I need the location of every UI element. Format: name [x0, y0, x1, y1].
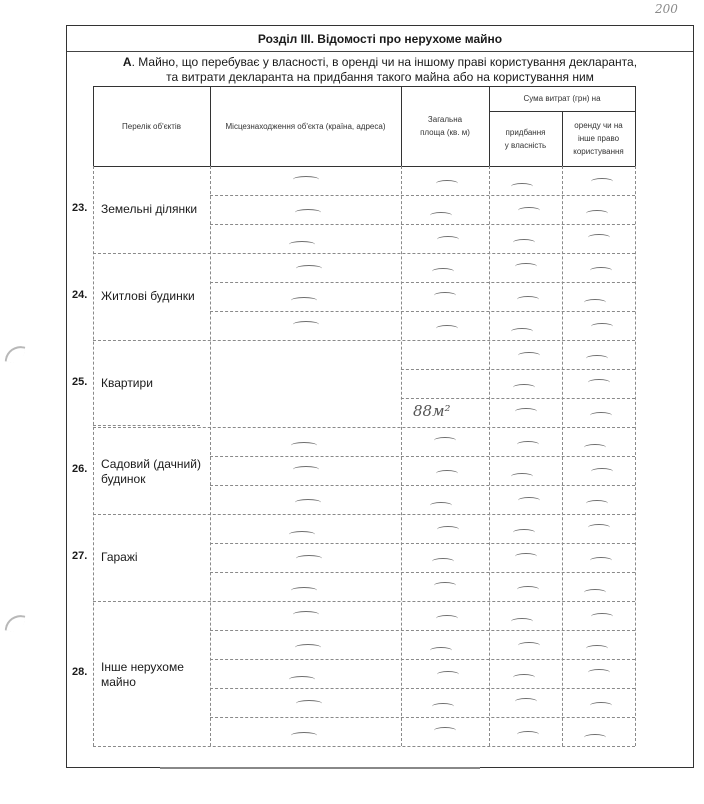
dash-mark	[515, 263, 537, 270]
row-label: Земельні ділянки	[101, 202, 209, 217]
header-column-divider	[489, 86, 490, 166]
dash-mark	[293, 611, 319, 618]
dash-mark	[511, 618, 533, 625]
dash-mark	[518, 642, 540, 649]
column-divider	[401, 166, 402, 746]
dash-mark	[584, 589, 606, 596]
scan-edge-shadow	[160, 767, 480, 769]
dash-mark	[588, 234, 610, 241]
dash-mark	[584, 734, 606, 741]
header-objects-text: Перелік об'єктів	[122, 120, 181, 133]
subrow-divider	[210, 543, 635, 544]
dash-mark	[591, 613, 613, 620]
subsection-text-line1: . Майно, що перебуває у власності, в оре…	[132, 55, 637, 69]
dash-mark	[590, 267, 612, 274]
dash-mark	[517, 441, 539, 448]
dash-mark	[517, 731, 539, 738]
dash-mark	[515, 698, 537, 705]
column-divider	[635, 166, 636, 746]
page-number: 200	[655, 2, 678, 16]
dash-mark	[584, 299, 606, 306]
dash-mark	[432, 268, 454, 275]
row-divider	[93, 514, 635, 515]
table-row: 24.Житлові будинки	[93, 253, 210, 340]
row-divider	[93, 427, 635, 428]
column-divider	[93, 166, 94, 746]
header-bottom-border	[93, 166, 635, 167]
dash-mark	[591, 468, 613, 475]
dash-mark	[436, 615, 458, 622]
section-title: Розділ III. Відомості про нерухоме майно	[67, 26, 693, 52]
dash-mark	[586, 355, 608, 362]
redacted-area	[200, 342, 399, 425]
header-column-divider	[93, 86, 94, 166]
dash-mark	[434, 437, 456, 444]
dash-mark	[430, 647, 452, 654]
row-number: 27.	[72, 550, 92, 562]
section-title-text: Розділ III. Відомості про нерухоме майно	[258, 32, 502, 46]
header-rent-text: оренду чи на інше право користування	[570, 119, 627, 158]
dash-mark	[584, 444, 606, 451]
dash-mark	[291, 587, 317, 594]
table-row: 26.Садовий (дачний) будинок	[93, 427, 210, 514]
dash-mark	[518, 352, 540, 359]
subrow-divider	[210, 195, 635, 196]
dash-mark	[293, 466, 319, 473]
header-objects: Перелік об'єктів	[93, 86, 210, 166]
dash-mark	[293, 321, 319, 328]
binder-mark-bottom	[5, 613, 26, 634]
dash-mark	[588, 669, 610, 676]
dash-mark	[293, 176, 319, 183]
dash-mark	[513, 384, 535, 391]
dash-mark	[513, 239, 535, 246]
dash-mark	[289, 241, 315, 248]
table-row: 27.Гаражі	[93, 514, 210, 601]
row-label: Гаражі	[101, 550, 209, 565]
dash-mark	[588, 379, 610, 386]
dash-mark	[295, 209, 321, 216]
header-location-text: Місцезнаходження об'єкта (країна, адреса…	[226, 120, 386, 133]
subsection-letter: А	[123, 55, 132, 69]
dash-mark	[586, 645, 608, 652]
dash-mark	[434, 582, 456, 589]
declaration-section-frame: Розділ III. Відомості про нерухоме майно…	[66, 25, 694, 768]
dash-mark	[588, 524, 610, 531]
dash-mark	[291, 442, 317, 449]
row-label: Житлові будинки	[101, 289, 209, 304]
dash-mark	[289, 531, 315, 538]
row-divider	[93, 253, 635, 254]
dash-mark	[436, 180, 458, 187]
dash-mark	[513, 529, 535, 536]
subrow-divider	[210, 485, 635, 486]
dash-mark	[432, 703, 454, 710]
column-divider	[210, 166, 211, 746]
row-number: 24.	[72, 289, 92, 301]
dash-mark	[295, 644, 321, 651]
dash-mark	[432, 558, 454, 565]
dash-mark	[437, 526, 459, 533]
row-number: 28.	[72, 666, 92, 678]
header-area-text: Загальна площа (кв. м)	[419, 113, 471, 139]
dash-mark	[586, 210, 608, 217]
dash-mark	[436, 470, 458, 477]
dash-mark	[511, 328, 533, 335]
table-row: 23.Земельні ділянки	[93, 166, 210, 253]
dash-mark	[586, 500, 608, 507]
subrow-divider	[210, 630, 635, 631]
subsection-heading: А. Майно, що перебуває у власності, в ор…	[67, 55, 693, 85]
subrow-divider	[210, 572, 635, 573]
binder-mark-top	[5, 344, 26, 365]
header-area: Загальна площа (кв. м)	[401, 86, 489, 166]
dash-mark	[291, 732, 317, 739]
table-row: 25.Квартири	[93, 340, 210, 427]
dash-mark	[518, 497, 540, 504]
subrow-divider	[210, 282, 635, 283]
dash-mark	[513, 674, 535, 681]
subrow-divider	[210, 717, 635, 718]
header-expenses-group: Сума витрат (грн) на	[489, 86, 635, 111]
dash-mark	[296, 700, 322, 707]
dash-mark	[430, 502, 452, 509]
subrow-divider	[210, 456, 635, 457]
subrow-divider	[210, 311, 635, 312]
header-column-divider	[210, 86, 211, 166]
header-expenses-group-text: Сума витрат (грн) на	[523, 92, 600, 105]
row-number: 23.	[72, 202, 92, 214]
dash-mark	[518, 207, 540, 214]
header-column-divider	[562, 111, 563, 166]
dash-mark	[517, 586, 539, 593]
dash-mark	[511, 473, 533, 480]
dash-mark	[289, 676, 315, 683]
dash-mark	[591, 178, 613, 185]
subrow-divider	[210, 224, 635, 225]
table-bottom-border	[93, 746, 635, 747]
dash-mark	[591, 323, 613, 330]
dash-mark	[515, 553, 537, 560]
dash-mark	[291, 297, 317, 304]
dash-mark	[517, 296, 539, 303]
dash-mark	[437, 236, 459, 243]
dash-mark	[590, 702, 612, 709]
row-number: 25.	[72, 376, 92, 388]
dash-mark	[434, 292, 456, 299]
header-location: Місцезнаходження об'єкта (країна, адреса…	[210, 86, 401, 166]
dash-mark	[296, 555, 322, 562]
column-divider	[489, 166, 490, 746]
real-estate-table: Перелік об'єктів Місцезнаходження об'єкт…	[93, 86, 635, 746]
dash-mark	[436, 325, 458, 332]
header-column-divider	[401, 86, 402, 166]
dash-mark	[295, 499, 321, 506]
handwritten-value: 88м²	[413, 402, 451, 420]
header-top-border	[93, 86, 635, 87]
row-label: Садовий (дачний) будинок	[101, 457, 209, 487]
dash-mark	[434, 727, 456, 734]
row-number: 26.	[72, 463, 92, 475]
header-column-divider	[635, 86, 636, 166]
header-rent: оренду чи на інше право користування	[562, 111, 635, 166]
header-purchase: придбання у власність	[489, 111, 562, 166]
row-divider	[93, 601, 635, 602]
header-purchase-text: придбання у власність	[503, 126, 548, 152]
dash-mark	[590, 412, 612, 419]
table-row: 28.Інше нерухоме майно	[93, 601, 210, 746]
column-divider	[562, 166, 563, 746]
row-divider	[93, 425, 200, 426]
subrow-divider	[210, 659, 635, 660]
row-divider	[93, 340, 635, 341]
dash-mark	[515, 408, 537, 415]
subsection-text-line2: та витрати декларанта на придбання таког…	[67, 70, 693, 85]
dash-mark	[590, 557, 612, 564]
row-label: Квартири	[101, 376, 209, 391]
dash-mark	[437, 671, 459, 678]
dash-mark	[511, 183, 533, 190]
dash-mark	[296, 265, 322, 272]
dash-mark	[430, 212, 452, 219]
row-label: Інше нерухоме майно	[101, 660, 209, 690]
subrow-divider	[210, 688, 635, 689]
